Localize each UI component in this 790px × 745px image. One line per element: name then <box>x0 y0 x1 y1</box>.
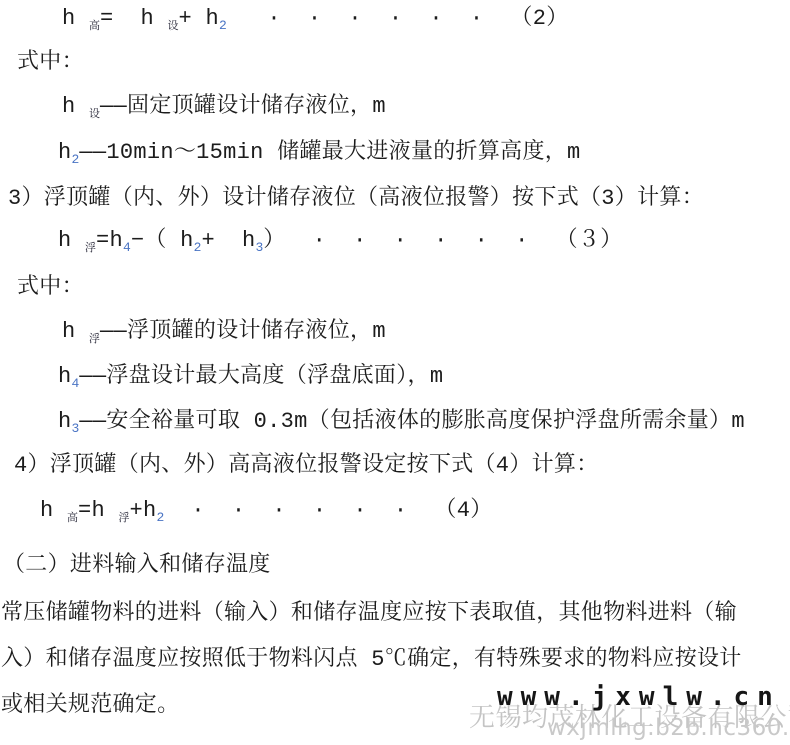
paragraph-line-3: 或相关规范确定。 <box>1 693 179 719</box>
definition-h4-line: h4——浮盘设计最大高度（浮盘底面），m <box>58 364 443 397</box>
document-page: h 高= h 设+ h2 · · · · · · （2）式中：h 设——固定顶罐… <box>0 0 790 745</box>
text-run: ——固定顶罐设计储存液位，m <box>100 94 386 119</box>
text-run: h <box>62 319 89 344</box>
text-run: + h <box>201 228 255 253</box>
text-run: =h <box>96 228 123 253</box>
text-run: · · · · · · （4） <box>164 498 492 523</box>
text-run: 入）和储存温度应按照低于物料闪点 5℃确定，有特殊要求的物料应按设计 <box>1 647 742 672</box>
text-run: · · · · · · （2） <box>227 6 569 31</box>
text-run: ） · · · · · · （３） <box>263 228 622 253</box>
text-run: −（ h <box>131 228 194 253</box>
text-run: h <box>58 140 72 165</box>
paragraph-line-2: 入）和储存温度应按照低于物料闪点 5℃确定，有特殊要求的物料应按设计 <box>1 647 742 673</box>
text-run: h <box>62 6 89 31</box>
text-run: 4）浮顶罐（内、外）高高液位报警设定按下式（4）计算： <box>14 453 599 478</box>
formula-intro-line: 式中： <box>17 275 84 301</box>
subscript: 高 <box>89 14 100 40</box>
definition-h-fu-line: h 浮——浮顶罐的设计储存液位，m <box>62 319 386 353</box>
subscript: 4 <box>123 235 131 261</box>
text-run: h <box>58 364 72 389</box>
subscript: 浮 <box>89 327 100 353</box>
formula-intro-line: 式中： <box>17 50 84 76</box>
formula-4-line: h 高=h 浮+h2 · · · · · · （4） <box>40 498 493 532</box>
subscript: 高 <box>67 506 78 532</box>
item-4-heading-line: 4）浮顶罐（内、外）高高液位报警设定按下式（4）计算： <box>14 453 599 479</box>
text-run: （二）进料输入和储存温度 <box>3 553 271 578</box>
watermark-site-suburl: wxjmlhg.b2b.hc360.com <box>547 715 790 741</box>
text-run: 常压储罐物料的进料（输入）和储存温度应按下表取值，其他物料进料（输 <box>1 601 737 626</box>
text-run: ——浮盘设计最大高度（浮盘底面），m <box>79 364 443 389</box>
subscript: 设 <box>168 14 179 40</box>
definition-h2-line: h2——10min～15min 储罐最大进液量的折算高度，m <box>58 140 581 173</box>
definition-h-she-line: h 设——固定顶罐设计储存液位，m <box>62 94 386 128</box>
paragraph-line-1: 常压储罐物料的进料（输入）和储存温度应按下表取值，其他物料进料（输 <box>1 601 737 627</box>
text-run: h <box>58 228 85 253</box>
section-2-heading-line: （二）进料输入和储存温度 <box>3 553 271 579</box>
text-run: ——安全裕量可取 0.3m（包括液体的膨胀高度保护浮盘所需余量）m <box>79 409 745 434</box>
item-3-heading-line: 3）浮顶罐（内、外）设计储存液位（高液位报警）按下式（3）计算： <box>8 186 704 212</box>
text-run: 式中： <box>17 275 84 300</box>
subscript: 2 <box>219 13 227 39</box>
text-run: = h <box>100 6 168 31</box>
definition-h3-line: h3——安全裕量可取 0.3m（包括液体的膨胀高度保护浮盘所需余量）m <box>58 409 745 442</box>
subscript: 浮 <box>85 236 96 262</box>
formula-2-line: h 高= h 设+ h2 · · · · · · （2） <box>62 6 569 40</box>
text-run: + h <box>179 6 220 31</box>
formula-3-line: h 浮=h4−（ h2+ h3） · · · · · · （３） <box>58 228 623 262</box>
subscript: 浮 <box>119 506 130 532</box>
text-run: ——10min～15min 储罐最大进液量的折算高度，m <box>79 140 580 165</box>
subscript: 设 <box>89 102 100 128</box>
text-run: ——浮顶罐的设计储存液位，m <box>100 319 386 344</box>
text-run: h <box>58 409 72 434</box>
text-run: =h <box>78 498 119 523</box>
text-run: 3）浮顶罐（内、外）设计储存液位（高液位报警）按下式（3）计算： <box>8 186 704 211</box>
text-run: h <box>40 498 67 523</box>
watermark-site-url: www.jxwlw.cn <box>497 682 781 712</box>
text-run: h <box>62 94 89 119</box>
text-run: 或相关规范确定。 <box>1 693 179 718</box>
text-run: +h <box>130 498 157 523</box>
text-run: 式中： <box>17 50 84 75</box>
